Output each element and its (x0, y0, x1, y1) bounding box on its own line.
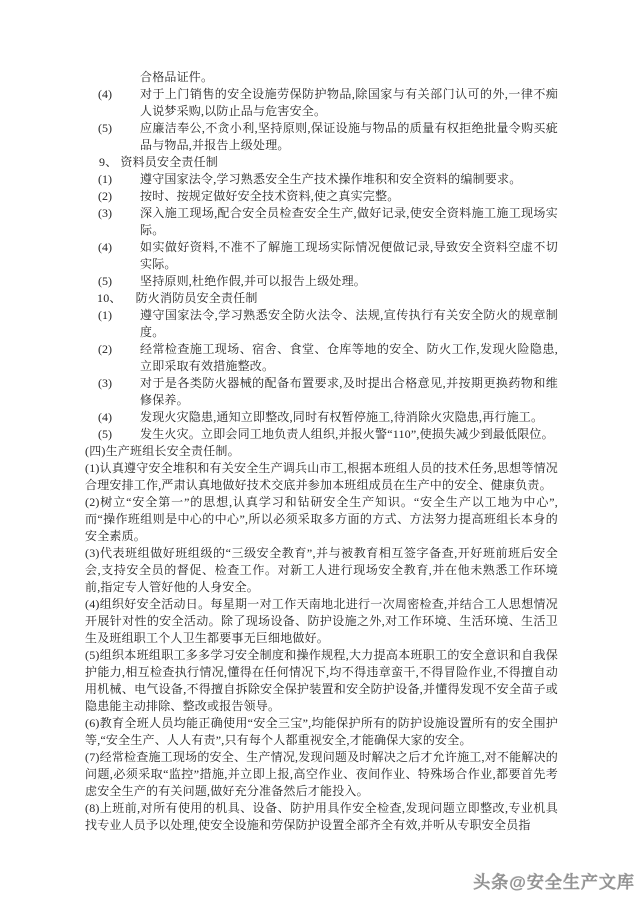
item-text: 遵守国家法令,学习熟悉安全生产技术操作堆积和安全资料的编制要求。 (140, 172, 521, 186)
section-number: 9、 (99, 155, 117, 169)
item-number: (4) (98, 86, 112, 103)
item-text: 如实做好资料,不准不了解施工现场实际情况便做记录,导致安全资料空虚不切实际。 (140, 240, 558, 271)
watermark: 头条@安全生产文库 (473, 868, 635, 893)
paragraph: (3)代表班组做好班组级的“三级安全教育”,并与被教育相互签字备查,开好班前班后… (85, 545, 558, 596)
list-item: (2) 经常检查施工现场、宿舍、食堂、仓库等地的安全、防火工作,发现火险隐患,立… (85, 341, 558, 375)
list-item: (3) 对于是各类防火器械的配备布置要求,及时提出合格意见,并按期更换药物和维修… (85, 375, 558, 409)
item-number: (5) (98, 120, 112, 137)
paragraph: (6)教育全班人员均能正确使用“安全三宝”,均能保护所有的防护设施设置所有的安全… (85, 715, 558, 749)
item-text: 对于上门销售的安全设施劳保防护物品,除国家与有关部门认可的外,一律不痴人说梦采购… (140, 87, 558, 118)
subsection-heading: (四)生产班组长安全责任制。 (85, 443, 558, 460)
item-number: (4) (98, 239, 112, 256)
paragraph: (7)经常检查施工现场的安全、生产情况,发现问题及时解决之后才允许施工,对不能解… (85, 749, 558, 800)
item-text: 经常检查施工现场、宿舍、食堂、仓库等地的安全、防火工作,发现火险隐患,立即采取有… (140, 342, 558, 373)
list-item: (5) 应廉洁奉公,不贪小利,坚持原则,保证设施与物品的质量有权拒绝批量令购买疵… (85, 120, 558, 154)
item-number: (5) (98, 273, 112, 290)
document-page: { "colors": { "text": "#242424", "waterm… (0, 0, 640, 906)
list-item: (4) 发现火灾隐患,通知立即整改,同时有权暂停施工,待消除火灾隐患,再行施工。 (85, 409, 558, 426)
list-item: (3) 深入施工现场,配合安全员检查安全生产,做好记录,使安全资料施工施工现场实… (85, 205, 558, 239)
list-item: (4) 如实做好资料,不准不了解施工现场实际情况便做记录,导致安全资料空虚不切实… (85, 239, 558, 273)
item-number: (5) (98, 426, 112, 443)
item-text: 对于是各类防火器械的配备布置要求,及时提出合格意见,并按期更换药物和维修保养。 (140, 376, 558, 407)
section-title: 防火消防员安全责任制 (136, 291, 258, 305)
item-text: 坚持原则,杜绝作假,并可以报告上级处理。 (140, 274, 366, 288)
document-text: 合格品证件。 (4) 对于上门销售的安全设施劳保防护物品,除国家与有关部门认可的… (85, 69, 558, 834)
item-text: 发现火灾隐患,通知立即整改,同时有权暂停施工,待消除火灾隐患,再行施工。 (140, 410, 543, 424)
list-item: (5) 坚持原则,杜绝作假,并可以报告上级处理。 (85, 273, 558, 290)
section-title: 资料员安全责任制 (120, 155, 218, 169)
item-number: (3) (98, 375, 112, 392)
list-item: (1) 遵守国家法令,学习熟悉安全生产技术操作堆积和安全资料的编制要求。 (85, 171, 558, 188)
item-number: (1) (98, 171, 112, 188)
item-number: (4) (98, 409, 112, 426)
paragraph: (4)组织好安全活动日。每星期一对工作天南地北进行一次周密检查,并结合工人思想情… (85, 596, 558, 647)
paragraph: (8)上班前,对所有使用的机具、设备、防护用具作安全检查,发现问题立即整改,专业… (85, 800, 558, 834)
paragraph: (1)认真遵守安全堆积和有关安全生产调兵山市工,根据本班组人员的技术任务,思想等… (85, 460, 558, 494)
section-heading-9: 9、资料员安全责任制 (85, 154, 558, 171)
item-text: 按时、按规定做好安全技术资料,使之真实完整。 (140, 189, 399, 203)
item-number: (2) (98, 341, 112, 358)
item-number: (2) (98, 188, 112, 205)
continuation-line: 合格品证件。 (85, 69, 558, 86)
paragraph: (2)树立“安全第一”的思想,认真学习和钻研安全生产知识。“安全生产以工地为中心… (85, 494, 558, 545)
item-number: (3) (98, 205, 112, 222)
line-text: 合格品证件。 (140, 70, 213, 84)
item-text: 深入施工现场,配合安全员检查安全生产,做好记录,使安全资料施工施工现场实际。 (140, 206, 558, 237)
list-item: (1) 遵守国家法令,学习熟悉安全防火法令、法规,宣传执行有关安全防火的规章制度… (85, 307, 558, 341)
item-text: 应廉洁奉公,不贪小利,坚持原则,保证设施与物品的质量有权拒绝批量令购买疵品与物品… (140, 121, 558, 152)
list-item: (2) 按时、按规定做好安全技术资料,使之真实完整。 (85, 188, 558, 205)
section-heading-10: 10、防火消防员安全责任制 (85, 290, 558, 307)
list-item: (4) 对于上门销售的安全设施劳保防护物品,除国家与有关部门认可的外,一律不痴人… (85, 86, 558, 120)
item-number: (1) (98, 307, 112, 324)
item-text: 发生火灾。立即会同工地负责人组织,并报火警“110”,使损失减少到最低限位。 (140, 427, 554, 441)
list-item: (5) 发生火灾。立即会同工地负责人组织,并报火警“110”,使损失减少到最低限… (85, 426, 558, 443)
section-number: 10、 (97, 291, 122, 305)
item-text: 遵守国家法令,学习熟悉安全防火法令、法规,宣传执行有关安全防火的规章制度。 (140, 308, 558, 339)
paragraph: (5)组织本班组职工多多学习安全制度和操作规程,大力提高本班职工的安全意识和自我… (85, 647, 558, 715)
